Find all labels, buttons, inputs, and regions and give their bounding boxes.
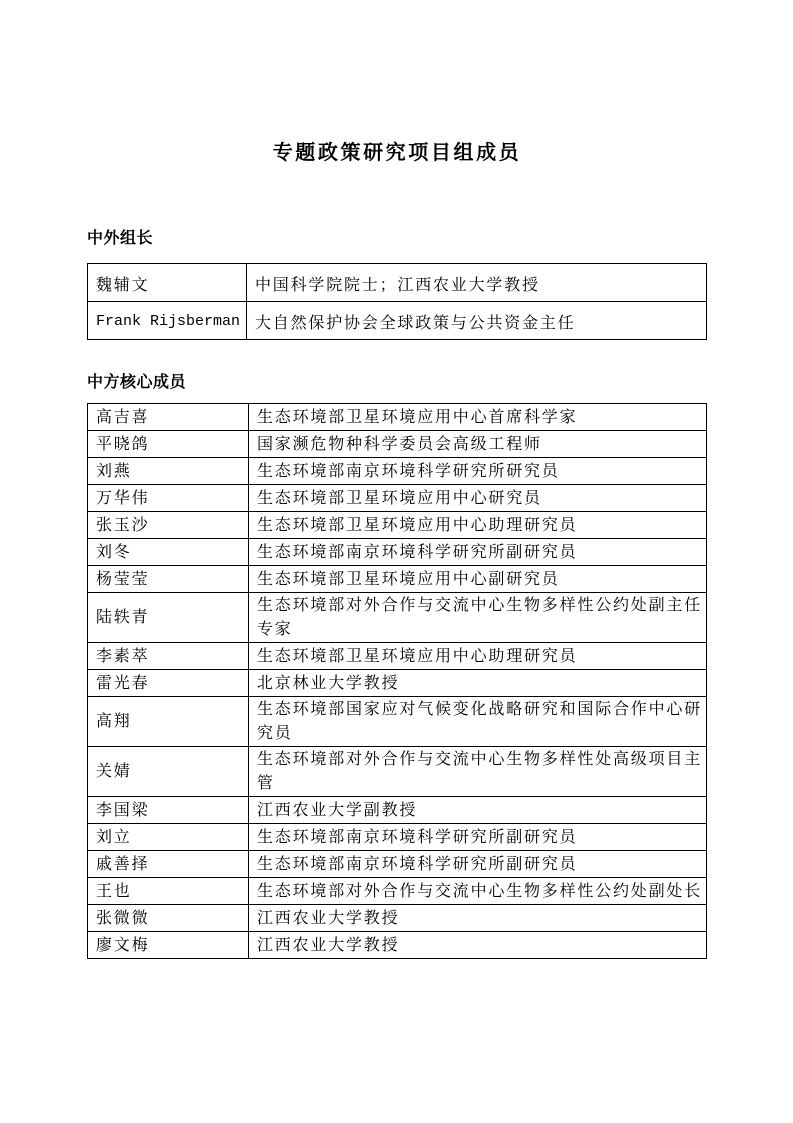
table-row: 李国梁 江西农业大学副教授 [88,797,707,824]
table-row: 刘立 生态环境部南京环境科学研究所副研究员 [88,824,707,851]
member-name: 张玉沙 [88,512,249,539]
table-row: 高翔 生态环境部国家应对气候变化战略研究和国际合作中心研究员 [88,697,707,747]
member-role: 江西农业大学教授 [249,905,707,932]
member-role: 生态环境部南京环境科学研究所研究员 [249,458,707,485]
member-role: 生态环境部卫星环境应用中心研究员 [249,485,707,512]
member-name: 廖文梅 [88,932,249,959]
member-role: 生态环境部南京环境科学研究所副研究员 [249,539,707,566]
member-role: 生态环境部南京环境科学研究所副研究员 [249,824,707,851]
table-row: 万华伟 生态环境部卫星环境应用中心研究员 [88,485,707,512]
member-name: 雷光春 [88,670,249,697]
table-row: 刘燕 生态环境部南京环境科学研究所研究员 [88,458,707,485]
table-row: 戚善择 生态环境部南京环境科学研究所副研究员 [88,851,707,878]
member-role: 生态环境部南京环境科学研究所副研究员 [249,851,707,878]
table-row: 陆轶青 生态环境部对外合作与交流中心生物多样性公约处副主任专家 [88,593,707,643]
member-role: 生态环境部卫星环境应用中心助理研究员 [249,512,707,539]
member-role: 江西农业大学教授 [249,932,707,959]
table-row: 李素萃 生态环境部卫星环境应用中心助理研究员 [88,643,707,670]
member-name: 魏辅文 [88,264,247,302]
member-role: 生态环境部卫星环境应用中心副研究员 [249,566,707,593]
table-row: 张玉沙 生态环境部卫星环境应用中心助理研究员 [88,512,707,539]
member-role: 生态环境部对外合作与交流中心生物多样性处高级项目主管 [249,747,707,797]
member-name: 李素萃 [88,643,249,670]
member-name: Frank Rijsberman [88,302,247,340]
member-name: 刘燕 [88,458,249,485]
document-content: 专题政策研究项目组成员 中外组长 魏辅文 中国科学院院士；江西农业大学教授 Fr… [0,141,793,959]
document-page: 专题政策研究项目组成员 中外组长 魏辅文 中国科学院院士；江西农业大学教授 Fr… [0,0,793,1123]
table-row: 雷光春 北京林业大学教授 [88,670,707,697]
table-row: 高吉喜 生态环境部卫星环境应用中心首席科学家 [88,404,707,431]
table-row: 张微微 江西农业大学教授 [88,905,707,932]
member-name: 平晓鸽 [88,431,249,458]
table-row: 魏辅文 中国科学院院士；江西农业大学教授 [88,264,707,302]
member-name: 高吉喜 [88,404,249,431]
section-heading-core-members: 中方核心成员 [87,373,707,393]
member-name: 关婧 [88,747,249,797]
member-role: 江西农业大学副教授 [249,797,707,824]
member-role: 生态环境部国家应对气候变化战略研究和国际合作中心研究员 [249,697,707,747]
member-name: 王也 [88,878,249,905]
member-name: 万华伟 [88,485,249,512]
member-role: 大自然保护协会全球政策与公共资金主任 [247,302,707,340]
core-members-table: 高吉喜 生态环境部卫星环境应用中心首席科学家 平晓鸽 国家濒危物种科学委员会高级… [87,403,707,959]
member-name: 戚善择 [88,851,249,878]
document-title: 专题政策研究项目组成员 [87,141,707,165]
member-name: 杨莹莹 [88,566,249,593]
table-row: 王也 生态环境部对外合作与交流中心生物多样性公约处副处长 [88,878,707,905]
section-heading-leaders: 中外组长 [87,229,707,249]
member-role: 生态环境部对外合作与交流中心生物多样性公约处副处长 [249,878,707,905]
member-name: 张微微 [88,905,249,932]
member-role: 生态环境部卫星环境应用中心首席科学家 [249,404,707,431]
table-row: 廖文梅 江西农业大学教授 [88,932,707,959]
table-row: 杨莹莹 生态环境部卫星环境应用中心副研究员 [88,566,707,593]
member-role: 生态环境部卫星环境应用中心助理研究员 [249,643,707,670]
member-role: 中国科学院院士；江西农业大学教授 [247,264,707,302]
member-role: 生态环境部对外合作与交流中心生物多样性公约处副主任专家 [249,593,707,643]
member-name: 高翔 [88,697,249,747]
member-name: 刘冬 [88,539,249,566]
table-row: Frank Rijsberman 大自然保护协会全球政策与公共资金主任 [88,302,707,340]
member-name: 刘立 [88,824,249,851]
member-name: 陆轶青 [88,593,249,643]
member-name: 李国梁 [88,797,249,824]
table-row: 平晓鸽 国家濒危物种科学委员会高级工程师 [88,431,707,458]
leaders-table: 魏辅文 中国科学院院士；江西农业大学教授 Frank Rijsberman 大自… [87,263,707,340]
member-role: 北京林业大学教授 [249,670,707,697]
member-role: 国家濒危物种科学委员会高级工程师 [249,431,707,458]
table-row: 刘冬 生态环境部南京环境科学研究所副研究员 [88,539,707,566]
table-row: 关婧 生态环境部对外合作与交流中心生物多样性处高级项目主管 [88,747,707,797]
